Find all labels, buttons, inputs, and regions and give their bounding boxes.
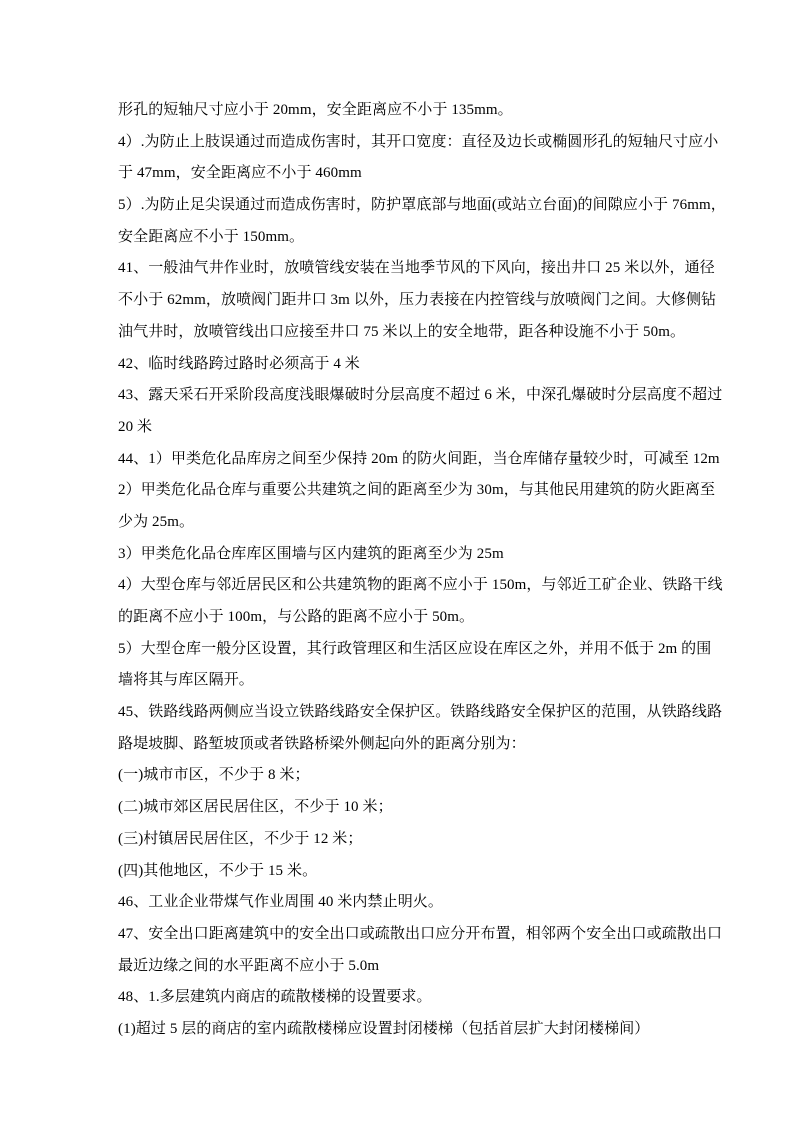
text-line: 5）.为防止足尖误通过而造成伤害时，防护罩底部与地面(或站立台面)的间隙应小于 …: [118, 190, 680, 222]
text-line: 4）大型仓库与邻近居民区和公共建筑物的距离不应小于 150m，与邻近工矿企业、铁…: [118, 570, 680, 602]
text-line: 于 47mm，安全距离应不小于 460mm: [118, 158, 680, 190]
text-line: 5）大型仓库一般分区设置，其行政管理区和生活区应设在库区之外，并用不低于 2m …: [118, 634, 680, 666]
text-line: 油气井时，放喷管线出口应接至井口 75 米以上的安全地带，距各种设施不小于 50…: [118, 317, 680, 349]
text-line: 3）甲类危化品仓库库区围墙与区内建筑的距离至少为 25m: [118, 539, 680, 571]
text-line: 2）甲类危化品仓库与重要公共建筑之间的距离至少为 30m，与其他民用建筑的防火距…: [118, 475, 680, 507]
text-line: 少为 25m。: [118, 507, 680, 539]
text-line: 46、工业企业带煤气作业周围 40 米内禁止明火。: [118, 887, 680, 919]
document-text: 形孔的短轴尺寸应小于 20mm，安全距离应不小于 135mm。 4）.为防止上肢…: [118, 95, 680, 1046]
text-line: 形孔的短轴尺寸应小于 20mm，安全距离应不小于 135mm。: [118, 95, 680, 127]
text-line: 4）.为防止上肢误通过而造成伤害时，其开口宽度：直径及边长或椭圆形孔的短轴尺寸应…: [118, 127, 680, 159]
text-line: (四)其他地区，不少于 15 米。: [118, 856, 680, 888]
text-line: 41、一般油气井作业时，放喷管线安装在当地季节风的下风向，接出井口 25 米以外…: [118, 253, 680, 285]
text-line: (1)超过 5 层的商店的室内疏散楼梯应设置封闭楼梯（包括首层扩大封闭楼梯间）: [118, 1014, 680, 1046]
text-line: (一)城市市区，不少于 8 米；: [118, 760, 680, 792]
text-line: 43、露天采石开采阶段高度浅眼爆破时分层高度不超过 6 米，中深孔爆破时分层高度…: [118, 380, 680, 412]
document-page: 形孔的短轴尺寸应小于 20mm，安全距离应不小于 135mm。 4）.为防止上肢…: [0, 0, 793, 1122]
text-line: 墙将其与库区隔开。: [118, 665, 680, 697]
text-line: (二)城市郊区居民居住区，不少于 10 米；: [118, 792, 680, 824]
text-line: (三)村镇居民居住区，不少于 12 米；: [118, 824, 680, 856]
text-line: 最近边缘之间的水平距离不应小于 5.0m: [118, 951, 680, 983]
text-line: 47、安全出口距离建筑中的安全出口或疏散出口应分开布置，相邻两个安全出口或疏散出…: [118, 919, 680, 951]
text-line: 48、1.多层建筑内商店的疏散楼梯的设置要求。: [118, 982, 680, 1014]
text-line: 不小于 62mm，放喷阀门距井口 3m 以外，压力表接在内控管线与放喷阀门之间。…: [118, 285, 680, 317]
text-line: 安全距离应不小于 150mm。: [118, 222, 680, 254]
text-line: 45、铁路线路两侧应当设立铁路线路安全保护区。铁路线路安全保护区的范围，从铁路线…: [118, 697, 680, 729]
text-line: 20 米: [118, 412, 680, 444]
text-line: 42、临时线路跨过路时必须高于 4 米: [118, 349, 680, 381]
text-line: 路堤坡脚、路堑坡顶或者铁路桥梁外侧起向外的距离分别为：: [118, 729, 680, 761]
text-line: 的距离不应小于 100m，与公路的距离不应小于 50m。: [118, 602, 680, 634]
text-line: 44、1）甲类危化品库房之间至少保持 20m 的防火间距，当仓库储存量较少时，可…: [118, 444, 680, 476]
